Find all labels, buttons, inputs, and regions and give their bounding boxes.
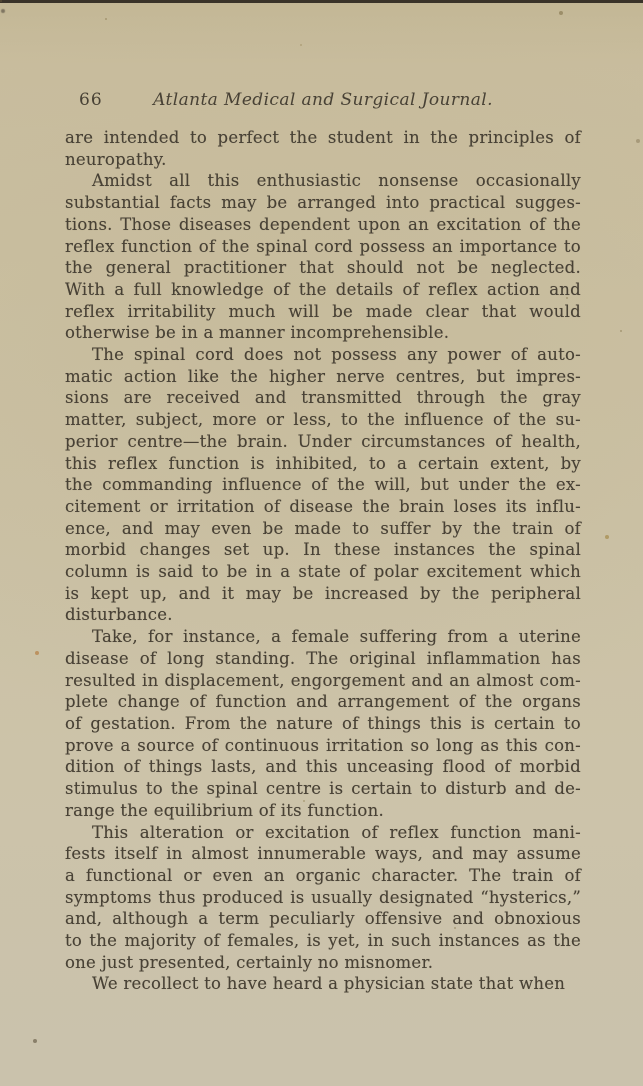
text-line: neuropathy. xyxy=(65,149,581,171)
text-line: prove a source of continuous irritation … xyxy=(65,735,581,757)
text-line: disease of long standing. The original i… xyxy=(65,648,581,670)
text-line: The spinal cord does not possess any pow… xyxy=(65,344,581,366)
text-line: the commanding influence of the will, bu… xyxy=(65,474,581,496)
text-line: matter, subject, more or less, to the in… xyxy=(65,409,581,431)
text-line: dition of things lasts, and this unceasi… xyxy=(65,756,581,778)
text-line: of gestation. From the nature of things … xyxy=(65,713,581,735)
text-line: tions. Those diseases dependent upon an … xyxy=(65,214,581,236)
text-line: substantial facts may be arranged into p… xyxy=(65,192,581,214)
text-line: reflex function of the spinal cord posse… xyxy=(65,236,581,258)
text-line: ence, and may even be made to suffer by … xyxy=(65,518,581,540)
text-line: citement or irritation of disease the br… xyxy=(65,496,581,518)
text-line: reflex irritability much will be made cl… xyxy=(65,301,581,323)
text-column: 66 Atlanta Medical and Surgical Journal.… xyxy=(65,90,581,995)
text-line: a functional or even an organic characte… xyxy=(65,865,581,887)
text-line: plete change of function and arrangement… xyxy=(65,691,581,713)
text-line: fests itself in almost innumerable ways,… xyxy=(65,843,581,865)
text-line: column is said to be in a state of polar… xyxy=(65,561,581,583)
text-line: the general practitioner that should not… xyxy=(65,257,581,279)
text-line: sions are received and transmitted throu… xyxy=(65,387,581,409)
text-line: symptoms thus produced is usually design… xyxy=(65,887,581,909)
text-line: resulted in displacement, engorgement an… xyxy=(65,670,581,692)
text-line: range the equilibrium of its function. xyxy=(65,800,581,822)
text-line: and, although a term peculiarly offensiv… xyxy=(65,908,581,930)
text-line: is kept up, and it may be increased by t… xyxy=(65,583,581,605)
text-line: Take, for instance, a female suffering f… xyxy=(65,626,581,648)
text-line: perior centre—the brain. Under circumsta… xyxy=(65,431,581,453)
text-line: otherwise be in a manner incomprehensibl… xyxy=(65,322,581,344)
text-line: to the majority of females, is yet, in s… xyxy=(65,930,581,952)
text-line: stimulus to the spinal centre is certain… xyxy=(65,778,581,800)
text-line: With a full knowledge of the details of … xyxy=(65,279,581,301)
text-line: We recollect to have heard a physician s… xyxy=(65,973,581,995)
text-line: this reflex function is inhibited, to a … xyxy=(65,453,581,475)
page-number: 66 xyxy=(79,90,103,110)
text-line: one just presented, certainly no misnome… xyxy=(65,952,581,974)
text-line: are intended to perfect the student in t… xyxy=(65,127,581,149)
scanned-journal-page: 66 Atlanta Medical and Surgical Journal.… xyxy=(0,0,643,1086)
text-line: Amidst all this enthusiastic nonsense oc… xyxy=(65,170,581,192)
text-line: disturbance. xyxy=(65,604,581,626)
text-line: matic action like the higher nerve centr… xyxy=(65,366,581,388)
text-line: This alteration or excitation of reflex … xyxy=(65,822,581,844)
journal-title: Atlanta Medical and Surgical Journal. xyxy=(65,90,581,110)
text-line: morbid changes set up. In these instance… xyxy=(65,539,581,561)
running-head: 66 Atlanta Medical and Surgical Journal. xyxy=(65,90,581,114)
page-body: are intended to perfect the student in t… xyxy=(65,127,581,995)
